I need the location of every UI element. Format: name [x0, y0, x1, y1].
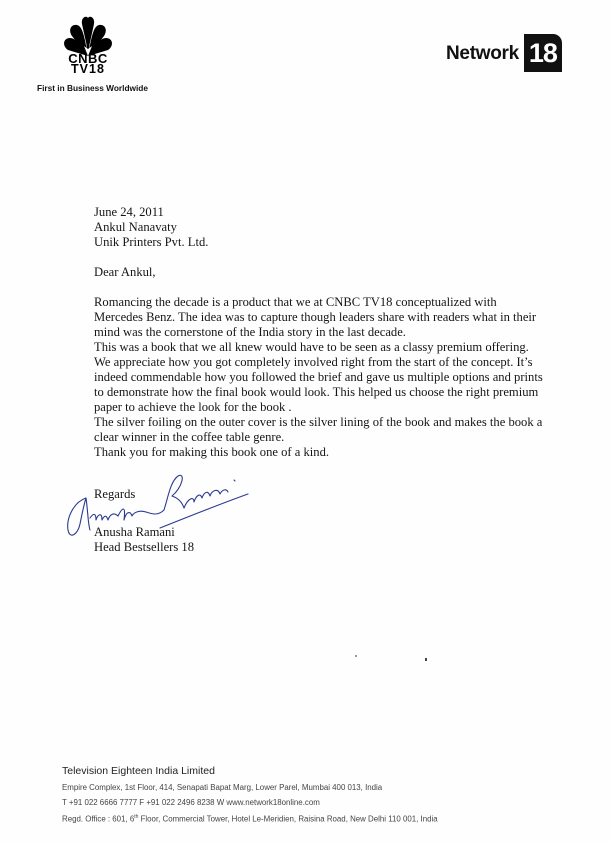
body-line: The silver foiling on the outer cover is…: [94, 415, 594, 430]
body-line: Thank you for making this book one of a …: [94, 445, 594, 460]
scan-speck: [425, 658, 427, 661]
salutation: Dear Ankul,: [94, 265, 594, 280]
letter-body: June 24, 2011 Ankul Nanavaty Unik Printe…: [94, 205, 594, 460]
cnbc-wordmark: CNBC TV18: [56, 53, 120, 75]
letterhead-footer: Television Eighteen India Limited Empire…: [62, 765, 438, 827]
letter-date: June 24, 2011: [94, 205, 594, 220]
regd-suffix: Floor, Commercial Tower, Hotel Le-Meridi…: [138, 815, 437, 824]
letter-paragraphs: Romancing the decade is a product that w…: [94, 295, 594, 460]
recipient-company: Unik Printers Pvt. Ltd.: [94, 235, 594, 250]
recipient-address: Ankul Nanavaty Unik Printers Pvt. Ltd.: [94, 220, 594, 250]
footer-contact: T +91 022 6666 7777 F +91 022 2496 8238 …: [62, 795, 438, 810]
network-wordmark: Network: [446, 43, 519, 65]
body-line: We appreciate how you got completely inv…: [94, 355, 594, 370]
network18-logo: Network 18: [446, 33, 562, 73]
footer-address: Empire Complex, 1st Floor, 414, Senapati…: [62, 780, 438, 795]
cnbc-tagline: First in Business Worldwide: [37, 83, 148, 93]
body-line: paper to achieve the look for the book .: [94, 400, 594, 415]
signer-name: Anusha Ramani: [94, 525, 194, 540]
body-line: to demonstrate how the final book would …: [94, 385, 594, 400]
footer-company: Television Eighteen India Limited: [62, 765, 438, 777]
body-line: mind was the cornerstone of the India st…: [94, 325, 594, 340]
body-line: This was a book that we all knew would h…: [94, 340, 594, 355]
signer-block: Anusha Ramani Head Bestsellers 18: [94, 525, 194, 555]
letter-page: CNBC TV18 First in Business Worldwide Ne…: [0, 0, 612, 842]
signer-title: Head Bestsellers 18: [94, 540, 194, 555]
regd-prefix: Regd. Office : 601, 6: [62, 815, 134, 824]
body-line: Mercedes Benz. The idea was to capture t…: [94, 310, 594, 325]
recipient-name: Ankul Nanavaty: [94, 220, 594, 235]
footer-regd-office: Regd. Office : 601, 6th Floor, Commercia…: [62, 810, 438, 827]
network18-badge: 18: [524, 34, 562, 72]
body-line: indeed commendable how you followed the …: [94, 370, 594, 385]
scan-speck: [355, 655, 357, 657]
tv18-name: TV18: [56, 64, 120, 75]
body-line: clear winner in the coffee table genre.: [94, 430, 594, 445]
body-line: Romancing the decade is a product that w…: [94, 295, 594, 310]
